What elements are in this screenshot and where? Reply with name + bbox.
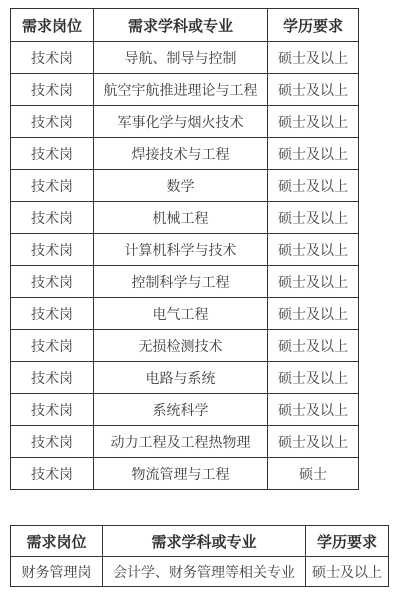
table-cell: 硕士及以上 (268, 106, 359, 138)
header-position: 需求岗位 (11, 9, 94, 42)
table-header-row: 需求岗位 需求学科或专业 学历要求 (11, 526, 389, 557)
table-cell: 航空宇航推进理论与工程 (94, 74, 268, 106)
finance-positions-table: 需求岗位 需求学科或专业 学历要求 财务管理岗会计学、财务管理等相关专业硕士及以… (10, 525, 389, 587)
header-discipline: 需求学科或专业 (103, 526, 306, 557)
header-discipline: 需求学科或专业 (94, 9, 268, 42)
table-cell: 技术岗 (11, 138, 94, 170)
table-cell: 技术岗 (11, 234, 94, 266)
table-cell: 技术岗 (11, 170, 94, 202)
table-cell: 技术岗 (11, 42, 94, 74)
finance-table-body: 财务管理岗会计学、财务管理等相关专业硕士及以上 (11, 557, 389, 587)
table-cell: 硕士及以上 (268, 266, 359, 298)
table-cell: 电路与系统 (94, 362, 268, 394)
table-cell: 硕士及以上 (268, 202, 359, 234)
table-row: 技术岗数学硕士及以上 (11, 170, 359, 202)
table-cell: 焊接技术与工程 (94, 138, 268, 170)
table-cell: 技术岗 (11, 426, 94, 458)
tech-positions-table: 需求岗位 需求学科或专业 学历要求 技术岗导航、制导与控制硕士及以上技术岗航空宇… (10, 8, 359, 490)
table-row: 技术岗焊接技术与工程硕士及以上 (11, 138, 359, 170)
table-row: 技术岗航空宇航推进理论与工程硕士及以上 (11, 74, 359, 106)
header-education: 学历要求 (306, 526, 389, 557)
table-cell: 技术岗 (11, 458, 94, 490)
header-position: 需求岗位 (11, 526, 103, 557)
table-cell: 技术岗 (11, 330, 94, 362)
table-cell: 硕士及以上 (268, 330, 359, 362)
table-cell: 技术岗 (11, 202, 94, 234)
table-row: 技术岗军事化学与烟火技术硕士及以上 (11, 106, 359, 138)
table-cell: 硕士 (268, 458, 359, 490)
table-cell: 硕士及以上 (268, 234, 359, 266)
table-cell: 硕士及以上 (268, 426, 359, 458)
table-cell: 动力工程及工程热物理 (94, 426, 268, 458)
table-cell: 硕士及以上 (268, 170, 359, 202)
table-cell: 技术岗 (11, 74, 94, 106)
table-cell: 技术岗 (11, 394, 94, 426)
page: 需求岗位 需求学科或专业 学历要求 技术岗导航、制导与控制硕士及以上技术岗航空宇… (0, 0, 417, 601)
table-cell: 硕士及以上 (268, 298, 359, 330)
table-row: 技术岗导航、制导与控制硕士及以上 (11, 42, 359, 74)
table-row: 技术岗计算机科学与技术硕士及以上 (11, 234, 359, 266)
table-row: 技术岗物流管理与工程硕士 (11, 458, 359, 490)
table-cell: 硕士及以上 (306, 557, 389, 587)
table-cell: 物流管理与工程 (94, 458, 268, 490)
table-header-row: 需求岗位 需求学科或专业 学历要求 (11, 9, 359, 42)
table-row: 技术岗系统科学硕士及以上 (11, 394, 359, 426)
table-cell: 会计学、财务管理等相关专业 (103, 557, 306, 587)
table-cell: 硕士及以上 (268, 362, 359, 394)
table-cell: 财务管理岗 (11, 557, 103, 587)
table-row: 技术岗机械工程硕士及以上 (11, 202, 359, 234)
table-cell: 硕士及以上 (268, 138, 359, 170)
table-cell: 硕士及以上 (268, 74, 359, 106)
table-cell: 技术岗 (11, 362, 94, 394)
tech-table-head: 需求岗位 需求学科或专业 学历要求 (11, 9, 359, 42)
table-cell: 硕士及以上 (268, 394, 359, 426)
table-row: 技术岗动力工程及工程热物理硕士及以上 (11, 426, 359, 458)
table-cell: 导航、制导与控制 (94, 42, 268, 74)
table-row: 技术岗无损检测技术硕士及以上 (11, 330, 359, 362)
table-cell: 技术岗 (11, 106, 94, 138)
table-cell: 控制科学与工程 (94, 266, 268, 298)
table-row: 技术岗电气工程硕士及以上 (11, 298, 359, 330)
table-cell: 计算机科学与技术 (94, 234, 268, 266)
table-cell: 技术岗 (11, 298, 94, 330)
table-cell: 无损检测技术 (94, 330, 268, 362)
table-cell: 电气工程 (94, 298, 268, 330)
table-cell: 硕士及以上 (268, 42, 359, 74)
finance-table-head: 需求岗位 需求学科或专业 学历要求 (11, 526, 389, 557)
table-row: 财务管理岗会计学、财务管理等相关专业硕士及以上 (11, 557, 389, 587)
table-cell: 数学 (94, 170, 268, 202)
table-row: 技术岗控制科学与工程硕士及以上 (11, 266, 359, 298)
table-cell: 系统科学 (94, 394, 268, 426)
table-cell: 机械工程 (94, 202, 268, 234)
table-row: 技术岗电路与系统硕士及以上 (11, 362, 359, 394)
table-cell: 军事化学与烟火技术 (94, 106, 268, 138)
header-education: 学历要求 (268, 9, 359, 42)
table-cell: 技术岗 (11, 266, 94, 298)
tech-table-body: 技术岗导航、制导与控制硕士及以上技术岗航空宇航推进理论与工程硕士及以上技术岗军事… (11, 42, 359, 490)
